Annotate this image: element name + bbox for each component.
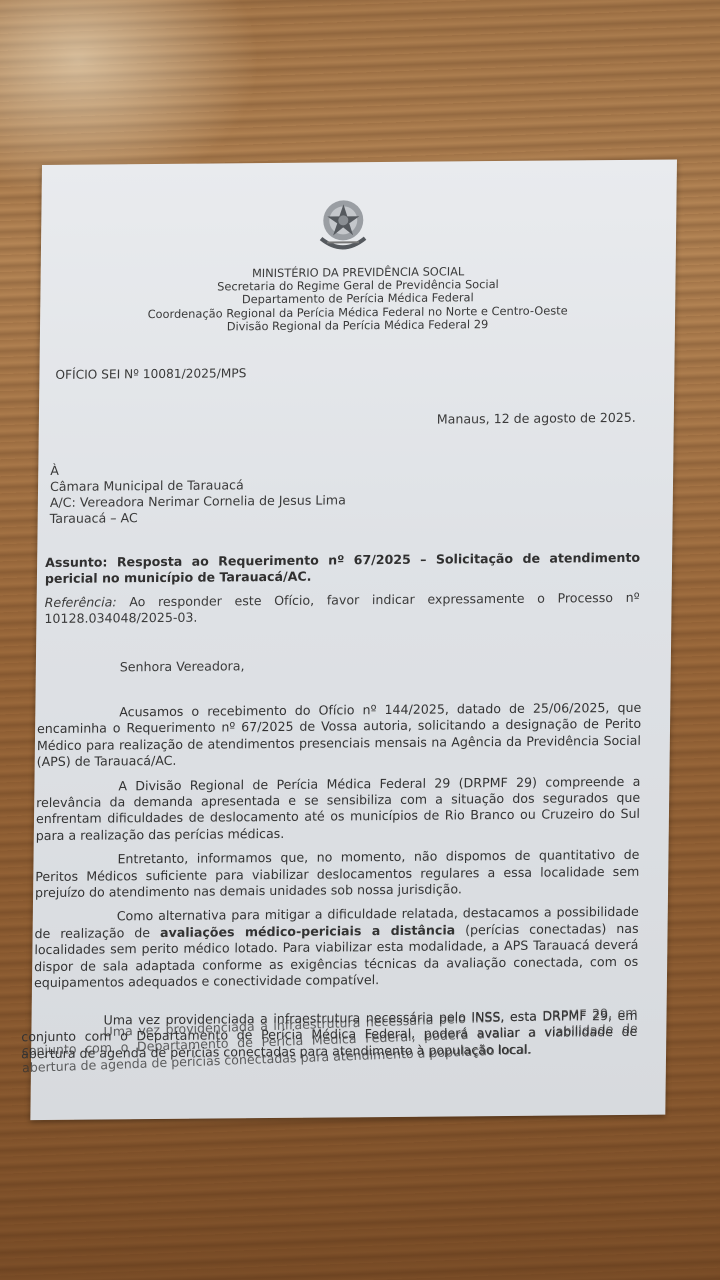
oficio-number: OFÍCIO SEI Nº 10081/2025/MPS [55, 366, 246, 382]
salutation: Senhora Vereadora, [120, 658, 245, 674]
paragraph-1: Acusamos o recebimento do Ofício nº 144/… [37, 700, 642, 771]
official-letter: MINISTÉRIO DA PREVIDÊNCIA SOCIAL Secreta… [30, 159, 677, 1120]
addressee-attention: A/C: Vereadora Nerimar Cornelia de Jesus… [50, 492, 346, 511]
addressee-block: À Câmara Municipal de Tarauacá A/C: Vere… [50, 460, 347, 527]
paragraph-3: Entretanto, informamos que, no momento, … [35, 847, 640, 901]
paragraph-2: A Divisão Regional de Perícia Médica Fed… [36, 773, 641, 844]
place-date: Manaus, 12 de agosto de 2025. [437, 410, 636, 427]
reference-text: Ao responder este Ofício, favor indicar … [44, 590, 639, 626]
subject-line: Assunto: Resposta ao Requerimento nº 67/… [45, 550, 640, 587]
coat-of-arms-icon [313, 194, 374, 257]
letterhead: MINISTÉRIO DA PREVIDÊNCIA SOCIAL Secreta… [40, 263, 676, 335]
addressee-location: Tarauacá – AC [50, 508, 346, 527]
paragraph-4: Como alternativa para mitigar a dificuld… [34, 904, 639, 991]
reference-label: Referência: [45, 594, 117, 610]
letter-body: Acusamos o recebimento do Ofício nº 144/… [34, 700, 642, 1000]
reference-line: Referência: Ao responder este Ofício, fa… [44, 590, 639, 627]
paragraph-4-emphasis: avaliações médico-periciais a distância [160, 922, 455, 940]
